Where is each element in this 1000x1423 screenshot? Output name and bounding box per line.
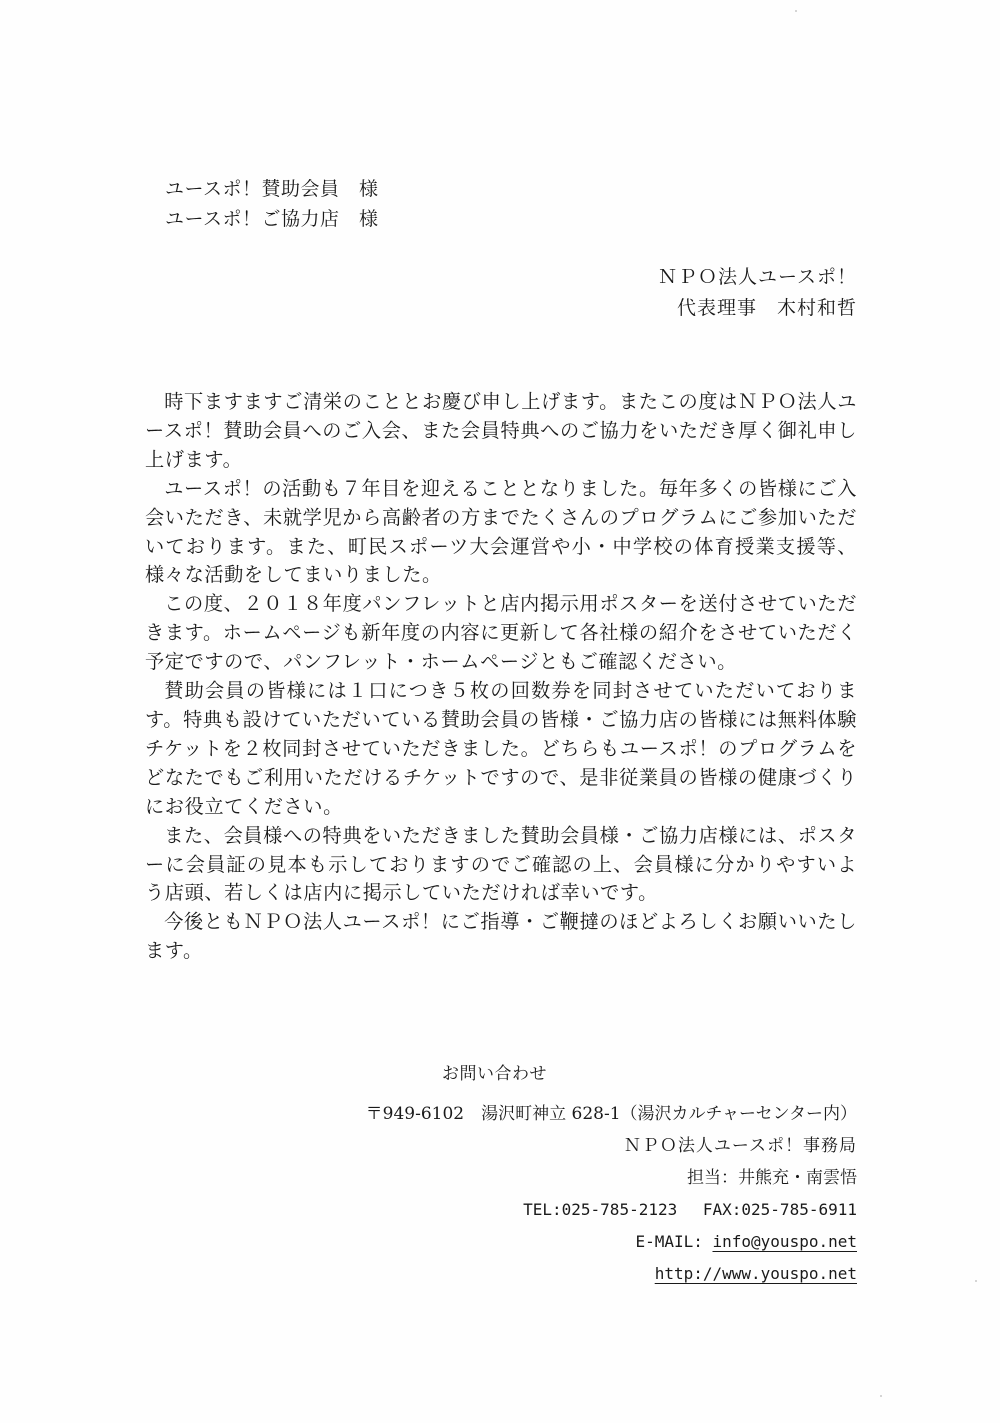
scan-speck — [795, 10, 797, 12]
contact-heading: お問い合わせ — [442, 1059, 547, 1084]
sender-block: ＮＰＯ法人ユースポ！ 代表理事 木村和哲 — [658, 262, 857, 324]
addressee-cooperating-stores: ユースポ！ご協力店 様 — [165, 204, 379, 234]
body-paragraph-closing: 今後ともＮＰＯ法人ユースポ！にご指導・ご鞭撻のほどよろしくお願いいたします。 — [145, 908, 857, 966]
addressee-supporting-members: ユースポ！賛助会員 様 — [165, 174, 379, 204]
contact-tel-fax: TEL:025-785-2123 FAX:025-785-6911 — [366, 1194, 857, 1226]
contact-website-row: http://www.youspo.net — [366, 1258, 857, 1290]
body-paragraph-activities: ユースポ！の活動も７年目を迎えることとなりました。毎年多くの皆様にご入会いただき… — [145, 475, 857, 591]
body-paragraph-poster: また、会員様への特典をいただきました賛助会員様・ご協力店様には、ポスターに会員証… — [145, 822, 857, 909]
email-label: E-MAIL: — [635, 1232, 712, 1251]
letter-body: 時下ますますご清栄のこととお慶び申し上げます。またこの度はＮＰＯ法人ユースポ！賛… — [145, 388, 857, 966]
sender-organization: ＮＰＯ法人ユースポ！ — [658, 262, 857, 293]
scan-speck — [975, 1280, 977, 1282]
body-paragraph-pamphlet: この度、２０１８年度パンフレットと店内掲示用ポスターを送付させていただきます。ホ… — [145, 590, 857, 677]
letter-page: ユースポ！賛助会員 様 ユースポ！ご協力店 様 ＮＰＯ法人ユースポ！ 代表理事 … — [0, 0, 1000, 1423]
body-paragraph-greeting: 時下ますますご清栄のこととお慶び申し上げます。またこの度はＮＰＯ法人ユースポ！賛… — [145, 388, 857, 475]
sender-representative: 代表理事 木村和哲 — [658, 293, 857, 324]
contact-staff: 担当：井熊充・南雲悟 — [366, 1162, 857, 1194]
email-link[interactable]: info@youspo.net — [713, 1232, 858, 1251]
contact-office: ＮＰＯ法人ユースポ！事務局 — [366, 1130, 857, 1162]
contact-address: 〒949-6102 湯沢町神立 628-1（湯沢カルチャーセンター内） — [366, 1098, 857, 1130]
contact-email-row: E-MAIL: info@youspo.net — [366, 1226, 857, 1258]
scan-speck — [880, 1395, 882, 1397]
addressee-block: ユースポ！賛助会員 様 ユースポ！ご協力店 様 — [165, 174, 379, 234]
website-link[interactable]: http://www.youspo.net — [655, 1264, 857, 1283]
contact-block: 〒949-6102 湯沢町神立 628-1（湯沢カルチャーセンター内） ＮＰＯ法… — [366, 1098, 857, 1290]
body-paragraph-tickets: 賛助会員の皆様には１口につき５枚の回数券を同封させていただいております。特典も設… — [145, 677, 857, 822]
